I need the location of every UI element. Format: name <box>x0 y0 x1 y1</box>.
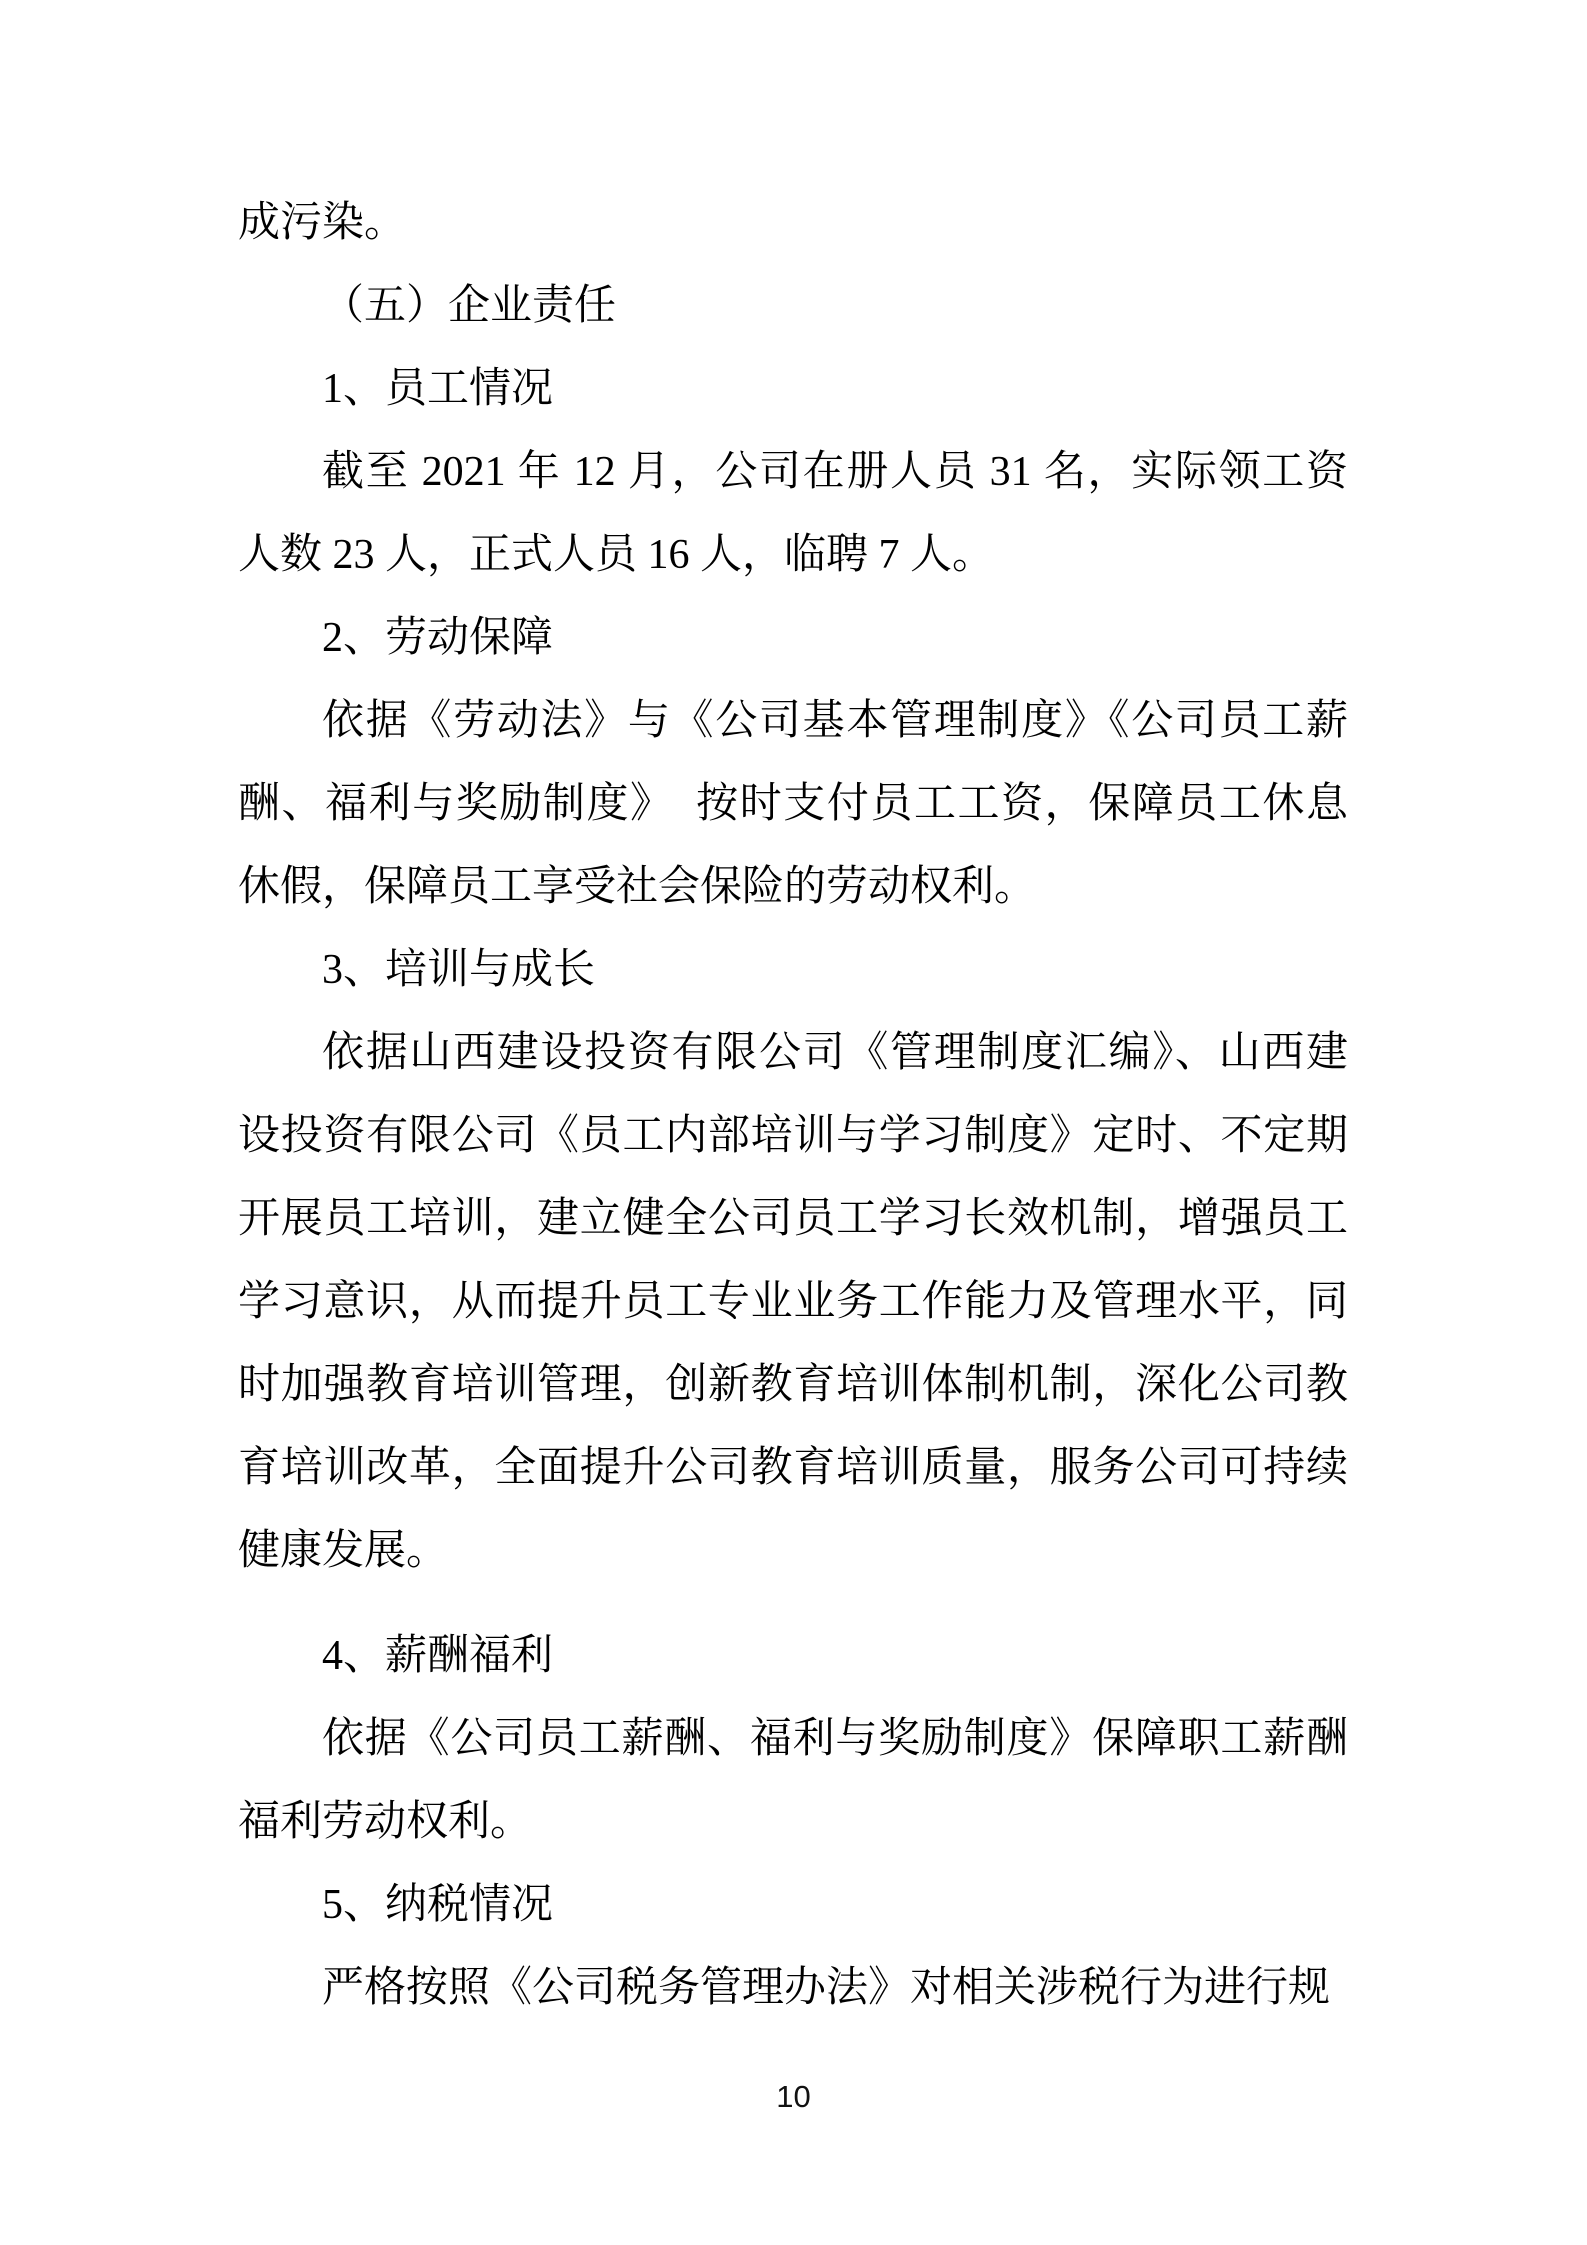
paragraph-training-growth: 依据山西建设投资有限公司《管理制度汇编》、山西建设投资有限公司《员工内部培训与学… <box>238 1012 1348 1593</box>
section-heading-5: （五）企业责任 <box>238 265 1348 348</box>
subheading-2-labor-protection: 2、劳动保障 <box>238 597 1348 680</box>
page-number: 10 <box>776 2079 810 2114</box>
document-page: 成污染。 （五）企业责任 1、员工情况 截至 2021 年 12 月，公司在册人… <box>0 0 1587 2245</box>
paragraph-labor-protection: 依据《劳动法》与《公司基本管理制度》《公司员工薪酬、福利与奖励制度》 按时支付员… <box>238 680 1348 929</box>
subheading-3-training-growth: 3、培训与成长 <box>238 929 1348 1012</box>
subheading-4-compensation-benefits: 4、薪酬福利 <box>238 1615 1348 1698</box>
paragraph-employees: 截至 2021 年 12 月，公司在册人员 31 名，实际领工资人数 23 人，… <box>238 431 1348 597</box>
paragraph-continuation: 成污染。 <box>238 182 1348 265</box>
page-footer: 10 <box>0 2079 1587 2115</box>
paragraph-tax-status: 严格按照《公司税务管理办法》对相关涉税行为进行规 <box>238 1947 1348 2030</box>
paragraph-compensation-benefits: 依据《公司员工薪酬、福利与奖励制度》保障职工薪酬福利劳动权利。 <box>238 1698 1348 1864</box>
subheading-5-tax-status: 5、纳税情况 <box>238 1864 1348 1947</box>
document-body: 成污染。 （五）企业责任 1、员工情况 截至 2021 年 12 月，公司在册人… <box>238 182 1348 2030</box>
subheading-1-employees: 1、员工情况 <box>238 348 1348 431</box>
